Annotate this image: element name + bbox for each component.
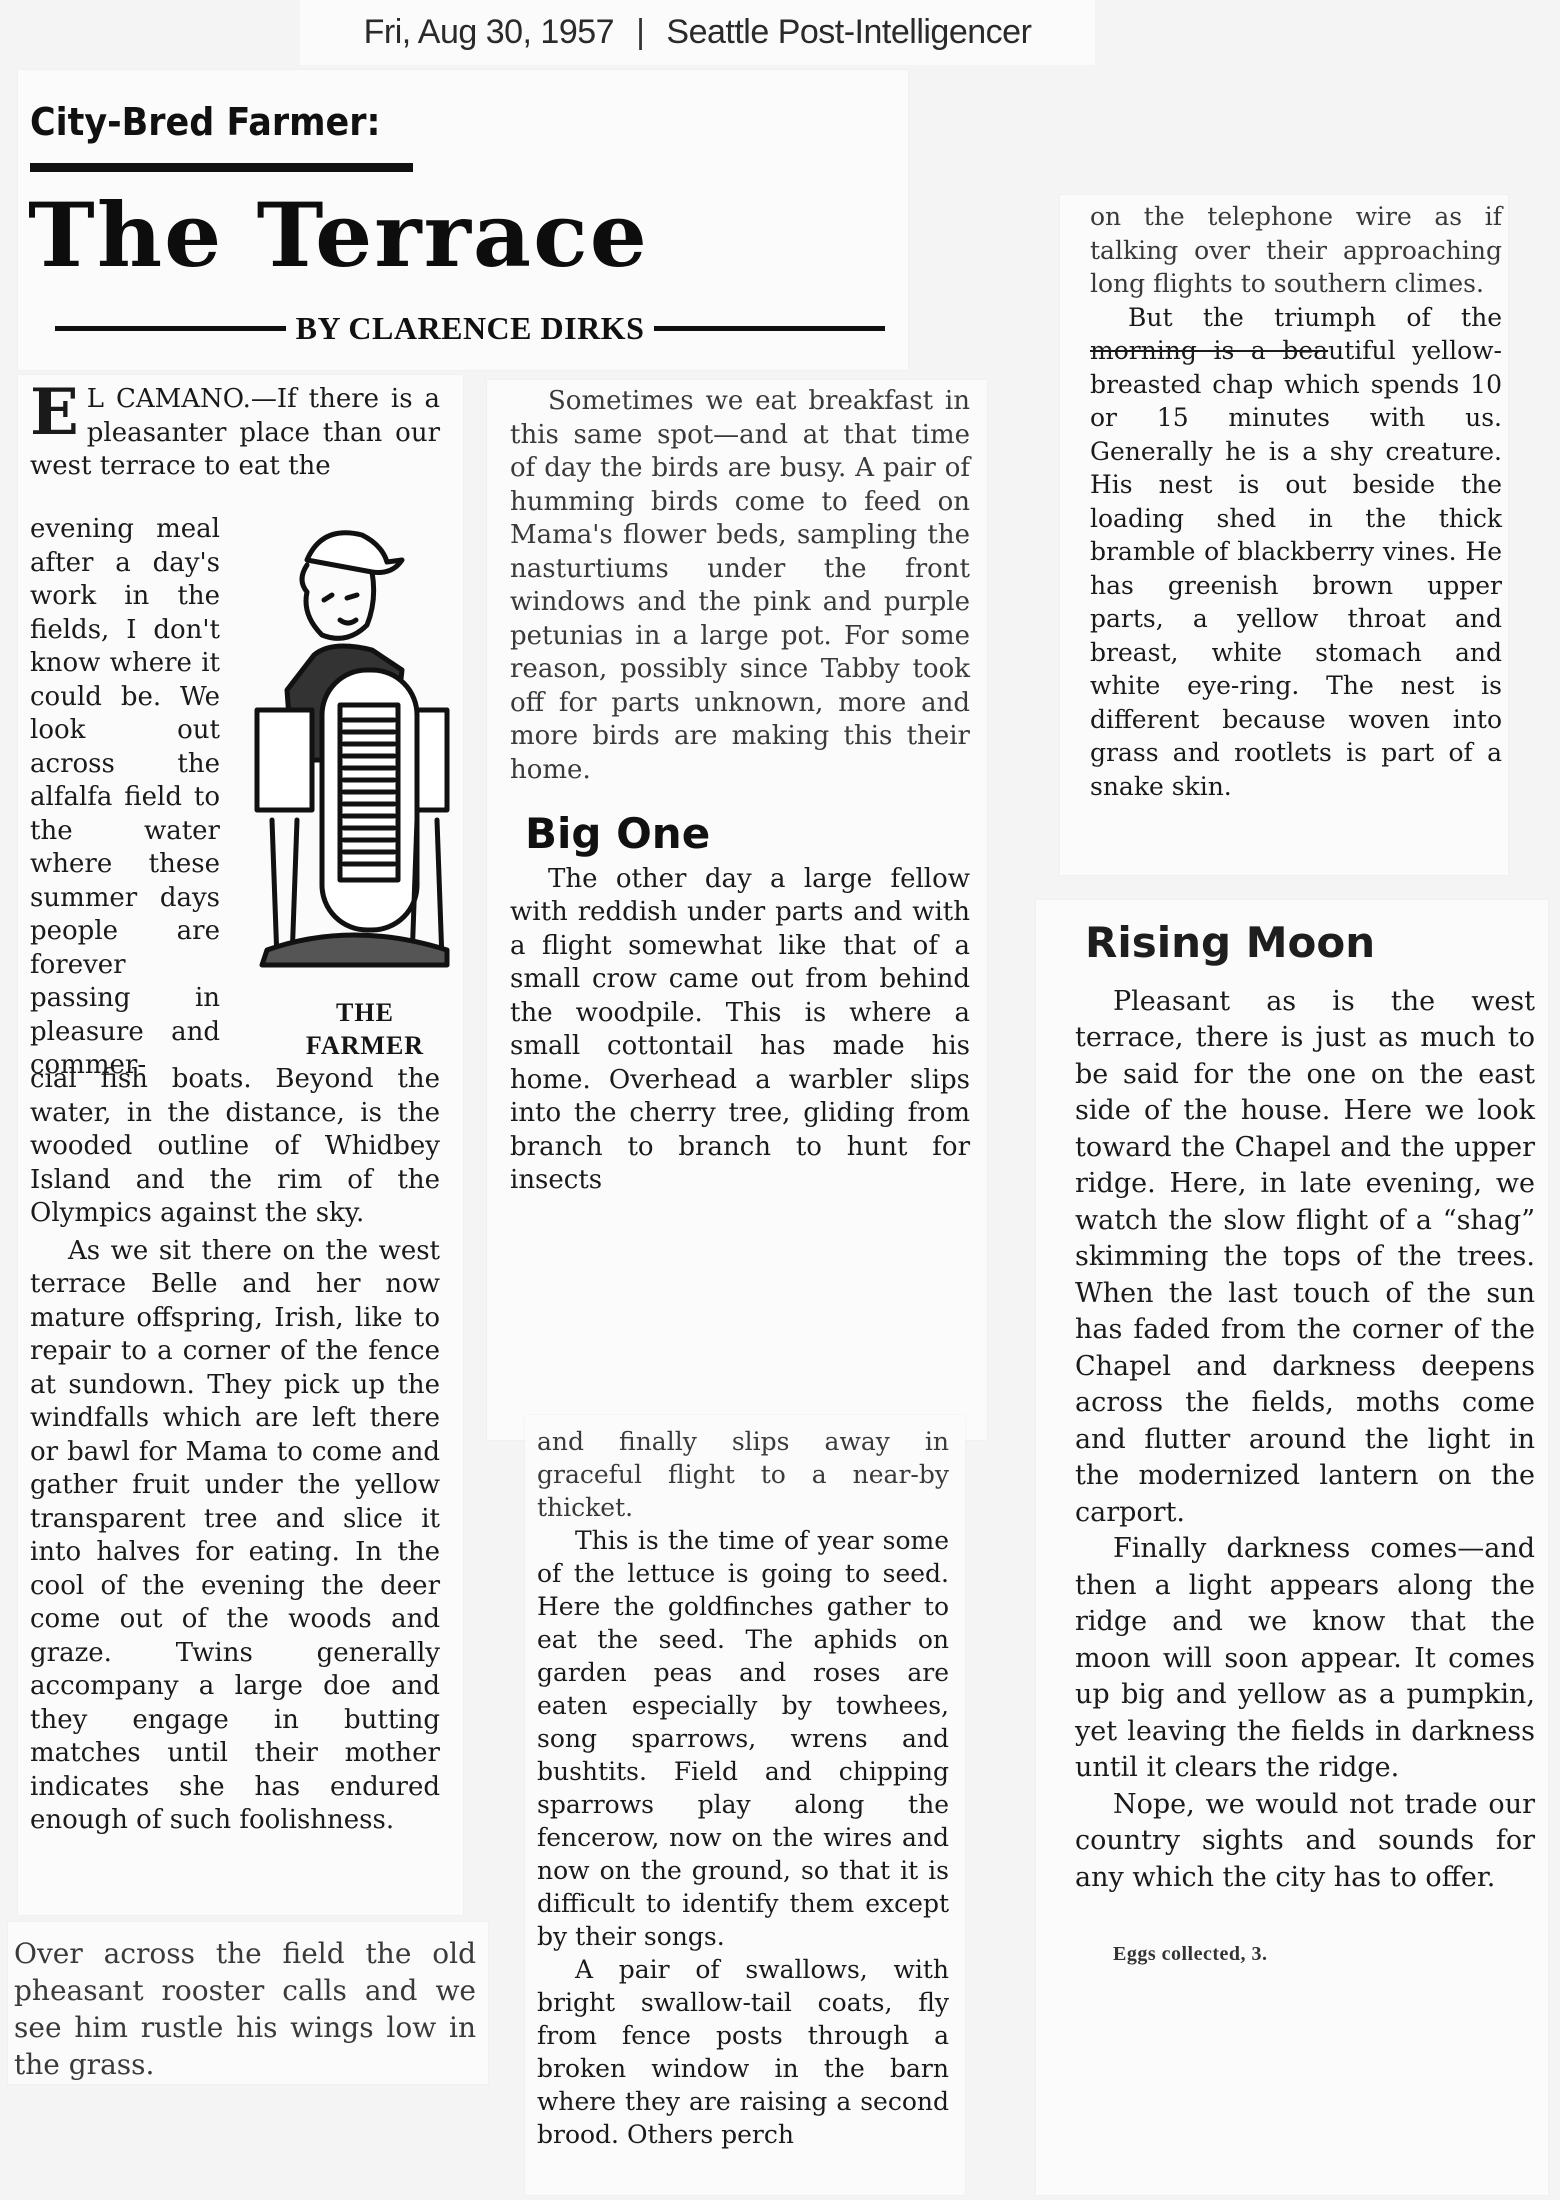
- byline-rule-left: [55, 326, 286, 331]
- paragraph-2-start: But the triumph of the: [1128, 303, 1502, 332]
- farmer-illustration-icon: [252, 520, 452, 970]
- column3-bottom: Rising Moon Pleasant as is the west terr…: [1075, 925, 1535, 1973]
- byline-text: BY CLARENCE DIRKS: [296, 310, 645, 347]
- masthead-separator: |: [636, 13, 644, 52]
- column1-tail: Over across the field the old pheasant r…: [14, 1935, 476, 2083]
- struck-through-text: morning is a bea: [1090, 336, 1328, 365]
- article-headline: The Terrace: [28, 183, 649, 287]
- drop-cap: E: [30, 385, 79, 441]
- lead-paragraph-start: L CAMANO.—If there is a pleasanter place…: [30, 384, 440, 481]
- column3-paragraph-5: Nope, we would not trade our country sig…: [1075, 1787, 1535, 1897]
- caption-line-2: FARMER: [290, 1029, 440, 1062]
- column2-paragraph-2: The other day a large fellow with reddis…: [510, 863, 970, 1198]
- eggs-collected-note: Eggs collected, 3.: [1113, 1936, 1535, 1973]
- subhead-big-one: Big One: [525, 817, 970, 851]
- column2-top: Sometimes we eat breakfast in this same …: [510, 385, 970, 1198]
- column3-top: on the telephone wire as if talking over…: [1090, 200, 1502, 803]
- publication-date: Fri, Aug 30, 1957: [364, 13, 614, 52]
- column3-paragraph-1: on the telephone wire as if talking over…: [1090, 200, 1502, 301]
- article-kicker: City-Bred Farmer:: [30, 100, 380, 144]
- lead-paragraph-rest: cial fish boats. Beyond the water, in th…: [30, 1063, 440, 1231]
- column2-paragraph-4: A pair of swallows, with bright swallow-…: [537, 1953, 949, 2151]
- column2-paragraph-2-continued: and finally slips away in graceful fligh…: [537, 1425, 949, 1524]
- caption-line-1: THE: [290, 996, 440, 1029]
- subhead-rising-moon: Rising Moon: [1085, 925, 1535, 962]
- paragraph-2-rest: utiful yellow-breasted chap which spends…: [1090, 336, 1502, 801]
- column1-lead-wrap: evening meal after a day's work in the f…: [30, 513, 220, 1083]
- column2-paragraph-1: Sometimes we eat breakfast in this same …: [510, 385, 970, 787]
- column1-paragraph-2: As we sit there on the west terrace Bell…: [30, 1235, 440, 1838]
- byline: BY CLARENCE DIRKS: [55, 310, 885, 347]
- masthead: Fri, Aug 30, 1957 | Seattle Post-Intelli…: [300, 0, 1095, 65]
- column3-paragraph-2: But the triumph of the morning is a beau…: [1090, 301, 1502, 804]
- column2-paragraph-3: This is the time of year some of the let…: [537, 1524, 949, 1953]
- column3-paragraph-3: Pleasant as is the west terrace, there i…: [1075, 984, 1535, 1532]
- illustration-caption: THE FARMER: [290, 996, 440, 1062]
- byline-rule-right: [654, 326, 885, 331]
- column1-paragraph-3: Over across the field the old pheasant r…: [14, 1935, 476, 2083]
- column3-paragraph-4: Finally darkness comes—and then a light …: [1075, 1531, 1535, 1787]
- lead-paragraph-wrap: evening meal after a day's work in the f…: [30, 513, 220, 1083]
- column2-bottom: and finally slips away in graceful fligh…: [537, 1425, 949, 2151]
- kicker-underline: [30, 163, 413, 172]
- publication-name: Seattle Post-Intelligencer: [666, 13, 1031, 52]
- column1-lead-top: E L CAMANO.—If there is a pleasanter pla…: [30, 383, 440, 484]
- column1-body: cial fish boats. Beyond the water, in th…: [30, 1063, 440, 1838]
